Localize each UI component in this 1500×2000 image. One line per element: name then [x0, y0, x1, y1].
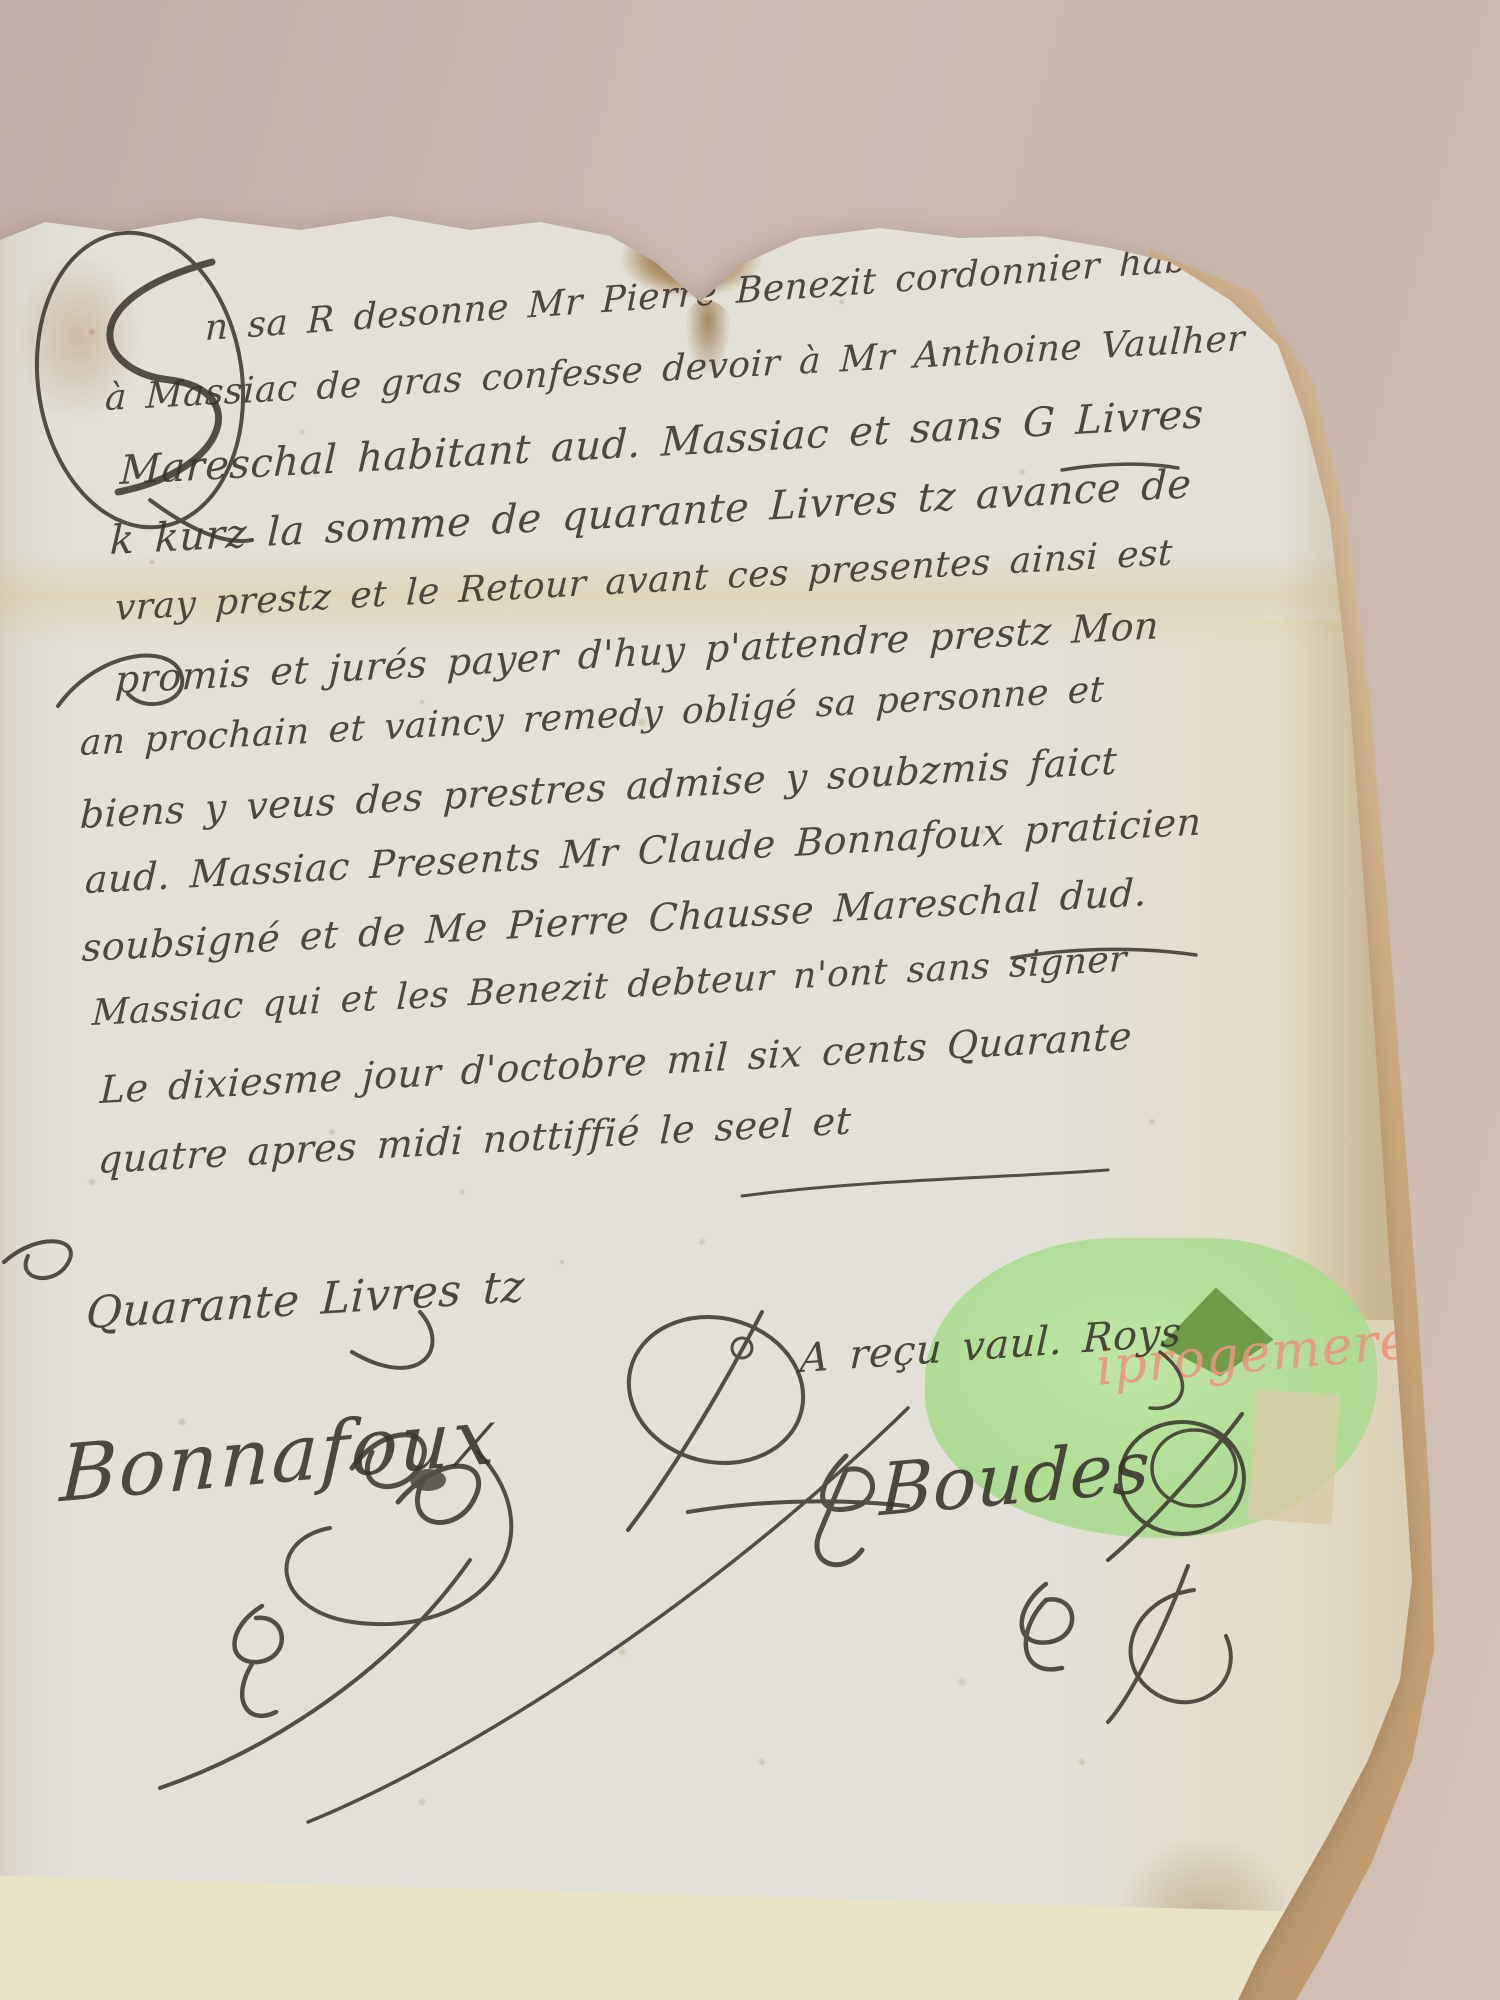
invocation-cross: +: [491, 177, 521, 218]
photograph-of-manuscript: iprogemere + n sa R desonne Mr Pierre Be…: [0, 0, 1500, 2000]
rust-stain: [400, 142, 510, 228]
manuscript-sheet: iprogemere + n sa R desonne Mr Pierre Be…: [0, 0, 1500, 2000]
paper-sheet-wrapper: iprogemere + n sa R desonne Mr Pierre Be…: [0, 0, 1500, 2000]
paper-gap-over-watermark: [1248, 1389, 1341, 1525]
